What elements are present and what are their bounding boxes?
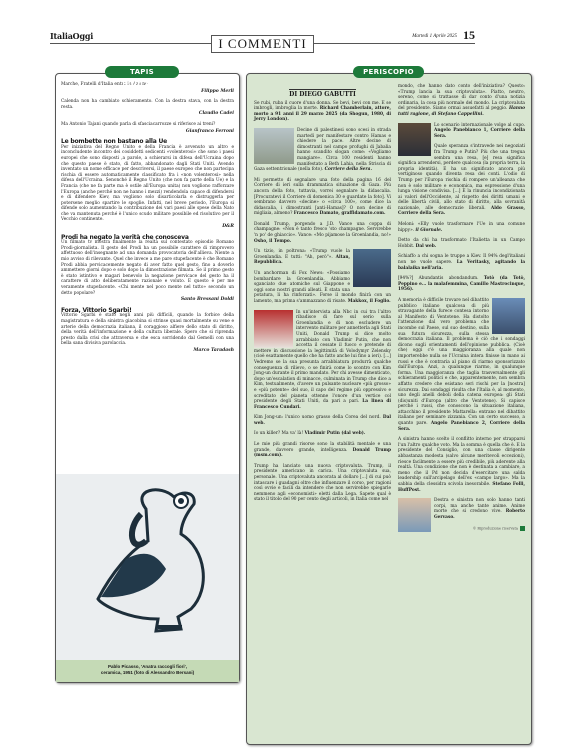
quote-item: Un tizio, in poltrona: «Trump vuole la G… — [254, 249, 391, 266]
author: Gianfranco Ferroni — [61, 129, 234, 135]
mattarella-photo — [492, 298, 525, 334]
panebianco-photo — [398, 123, 431, 156]
periscopio-column-1: DI DIEGO GABUTTI Se rubi, ruba il cuore … — [254, 84, 391, 508]
article-body: Un filmato tv mostra finalmente la realt… — [61, 240, 234, 296]
tapis-roulant-box: Marche, Fratelli d'Italia entra in Azion… — [55, 73, 240, 683]
picasso-photo: Pablo Picasso, 'Anatra raccogli fiori', … — [56, 474, 239, 682]
author: D&R — [61, 224, 234, 230]
quote-item: Donald Trump, porgendo a J.D. Vance una … — [254, 222, 391, 244]
newspaper-logo: ItaliaOggi — [50, 31, 93, 41]
byline: DI DIEGO GABUTTI — [254, 92, 391, 98]
quote-item: Detto da chi ha trasformato l'Italietta … — [398, 238, 525, 249]
quote-item: In un'intervista alla Nbc in cui tra l'a… — [254, 310, 391, 411]
page-number: 15 — [463, 28, 475, 43]
periscopio-column-2: mondo, che hanno dato conto dell'iniziat… — [398, 84, 525, 533]
quote-item: Schiaffo a chi sogna le truppe a Kiev. I… — [398, 254, 525, 271]
quote-item: Lo scenario internazionale volge al cupo… — [398, 123, 525, 140]
photo-caption: Pablo Picasso, 'Anatra raccogli fiori', … — [56, 660, 239, 682]
article-body: Vittorio Sgarbi è stato negli anni più d… — [61, 313, 234, 347]
author: Santo Bressani Doldi — [61, 297, 234, 303]
issue-date: Martedì 1 Aprile 2025 — [412, 34, 457, 39]
quote-item: A sinistra hanno scelto il conflitto int… — [398, 437, 525, 493]
tapis-roulant-content: Marche, Fratelli d'Italia entra in Azion… — [61, 82, 234, 359]
quote-item: Destra e sinistra non solo hanno tanti c… — [398, 498, 525, 520]
article-body: Per iniziativa del Regno Unito e della F… — [61, 145, 234, 223]
quote-item: Decine di palestinesi sono scesi in stra… — [254, 128, 391, 173]
page-header: ItaliaOggi I COMMENTI Martedì 1 Aprile 2… — [50, 28, 475, 58]
quote-item: A memoria è difficile trovare nel dibatt… — [398, 298, 525, 432]
trump-photo — [353, 249, 391, 287]
quote-item: Trump ha lanciato una nuova criptovaluta… — [254, 464, 391, 503]
putin-photo — [254, 310, 293, 348]
author: Marco Taradash — [61, 348, 234, 354]
short-item: Ma Antonio Tajani quando parla di sfasci… — [61, 122, 234, 134]
quote-item: Meloni: «Elly vuole trasformare l'Ue in … — [398, 222, 525, 233]
quote-item: [94%?] Abundantis abondandum. Totò (da T… — [398, 276, 525, 293]
section-title: I COMMENTI — [211, 35, 314, 53]
quote-item: Io un killer? Ma va' là! Vladimir Putin … — [254, 431, 391, 437]
quote-item: mondo, che hanno dato conto dell'iniziat… — [398, 84, 525, 118]
quote-item: Le mie più grandi risorse sono la stabil… — [254, 442, 391, 459]
gaza-protest-photo — [254, 128, 294, 164]
ceramic-duck-image — [86, 479, 216, 649]
gervaso-photo — [398, 498, 431, 532]
periscopio-tag: PERISCOPIO — [353, 66, 424, 78]
quote-item: Mi permetto di segnalare una foto della … — [254, 178, 391, 217]
short-item: Calenda non ha cambiato schieramento. Co… — [61, 99, 234, 117]
periscopio-box: DI DIEGO GABUTTI Se rubi, ruba il cuore … — [246, 73, 532, 745]
author: Claudio Cadei — [61, 111, 234, 117]
quote-item: Se rubi, ruba il cuore d'una donna. Se b… — [254, 101, 391, 123]
tapis-roulant-tag: TAPIS ROULANT — [105, 66, 179, 78]
quote-item: Kim Jong-un: l'unico uomo grasso della C… — [254, 415, 391, 426]
